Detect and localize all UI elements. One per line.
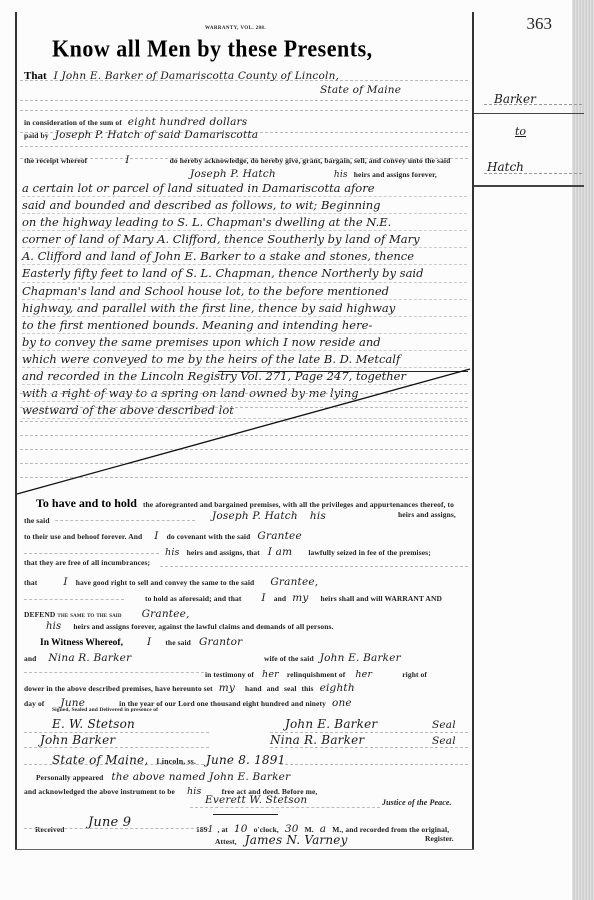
witness-2: John Barker (40, 733, 115, 747)
covenant-party: Grantee (257, 530, 301, 542)
warrant-text: heirs shall and will WARRANT AND (320, 594, 442, 603)
witness-role: Grantor (199, 636, 242, 648)
ruled-line (270, 747, 468, 748)
use-behoof: to their use and behoof forever. And (24, 532, 142, 541)
habendum-grantee: Joseph P. Hatch (212, 510, 298, 522)
dower-text: dower in the above described premises, h… (24, 684, 213, 693)
warrant-pronoun: I (261, 592, 265, 604)
covenant-pronoun: I (154, 530, 158, 542)
ack-state: State of Maine, (52, 753, 148, 767)
habendum-his-3: his (46, 621, 61, 632)
the-said-label: the said (24, 516, 50, 525)
witness-and: and (24, 654, 36, 663)
seized-pronoun: I am (268, 546, 293, 558)
that-label-2: that (24, 578, 37, 587)
habendum-heirs: heirs and assigns, (398, 510, 456, 519)
witness-the-said: the said (165, 638, 191, 647)
witness-label: Signed, Sealed and Delivered in presence… (52, 707, 158, 713)
seal-label-1: Seal (432, 719, 456, 731)
hand-seal: hand and seal this (245, 684, 314, 693)
ruled-line (280, 764, 468, 765)
deed-page: WARRANTY, VOL. 288. Know all Men by thes… (0, 0, 594, 900)
seized-text: lawfully seized in fee of the premises; (308, 548, 431, 557)
right-pronoun: I (63, 576, 67, 588)
signer-2: Nina R. Barker (270, 733, 364, 747)
habendum-his-2: his (165, 547, 180, 558)
habendum-heading: To have and to hold (36, 496, 137, 510)
ruled-line (55, 520, 195, 521)
ruled-line (24, 828, 209, 829)
ruled-line (24, 747, 209, 748)
and-label: and (274, 594, 286, 603)
seal-label-2: Seal (432, 735, 456, 747)
signer-1: John E. Barker (285, 717, 377, 731)
justice-name: Everett W. Stetson (205, 794, 307, 806)
right-of: right of (402, 670, 427, 679)
attest-label: Attest, (215, 837, 237, 846)
justice-title: Justice of the Peace. (382, 798, 452, 807)
ruled-line (190, 807, 380, 808)
year-prefix: 189 (196, 825, 208, 834)
witness-heading: In Witness Whereof, (40, 638, 123, 648)
ruled-line (24, 672, 204, 673)
year-suffix: 1 (208, 825, 214, 835)
right-party: Grantee, (270, 576, 318, 588)
wife-of: wife of the said (264, 654, 314, 663)
witness-1: E. W. Stetson (52, 717, 135, 731)
incumbrances: that they are free of all incumbrances; (24, 558, 150, 567)
wife-name: Nina R. Barker (48, 652, 131, 664)
ruled-line (160, 566, 468, 567)
ornamental-rule (213, 814, 278, 815)
husband-name: John E. Barker (320, 652, 401, 664)
ack-text: and acknowledged the above instrument to… (24, 787, 175, 796)
habendum-pronoun: his (310, 510, 326, 522)
to-hold-text: to hold as aforesaid; and that (145, 594, 241, 603)
covenant-text: do covenant with the said (167, 532, 251, 541)
defend-rest: heirs and assigns forever, against the l… (73, 622, 333, 631)
ruled-line (24, 553, 159, 554)
year-value: one (332, 697, 352, 709)
register-name: James N. Varney (245, 833, 348, 847)
day-of-label: day of (24, 699, 44, 708)
ack-date: June 8. 1891 (206, 753, 285, 767)
ack-pronoun: his (187, 786, 202, 797)
recorded-text: M., and recorded from the original, (332, 825, 449, 834)
heirs-assigns-that: heirs and assigns, that (187, 548, 260, 557)
ack-county: Lincoln, ss. (156, 757, 196, 766)
witness-pronoun: I (147, 636, 151, 648)
right-text: have good right to sell and convey the s… (76, 578, 255, 587)
her-2: her (355, 669, 372, 680)
warrant-possessive: my (292, 592, 308, 604)
register-title: Register. (425, 834, 454, 843)
received-label: Received (35, 825, 65, 834)
ruled-line (24, 599, 124, 600)
